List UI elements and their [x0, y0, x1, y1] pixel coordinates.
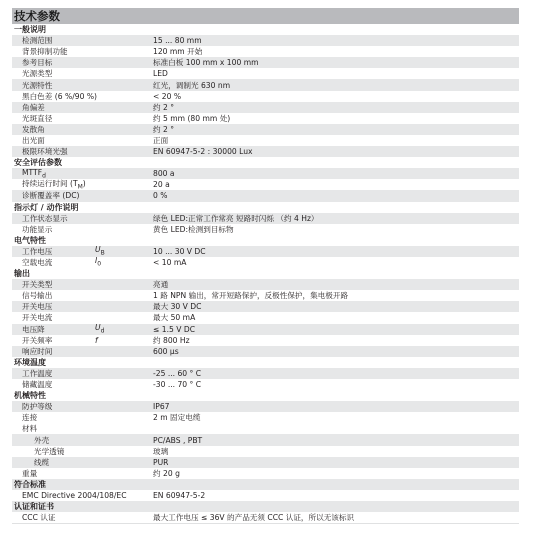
- spec-label: 空载电流: [22, 257, 52, 268]
- spec-value: < 20 %: [153, 91, 181, 102]
- spec-value: 20 a: [153, 179, 170, 190]
- spec-label: 电压降: [22, 324, 45, 335]
- spec-label: 诊断覆盖率 (DC): [22, 190, 79, 201]
- spec-label: 黑白色差 (6 %/90 %): [22, 91, 97, 102]
- spec-row: 持续运行时间 (TM)20 a: [12, 179, 519, 190]
- spec-row: 光斑直径约 5 mm (80 mm 处): [12, 113, 519, 124]
- spec-label: 光斑直径: [22, 113, 52, 124]
- spec-value: < 10 mA: [153, 257, 186, 268]
- spec-label-text: CCC 认证: [22, 513, 56, 522]
- spec-row: 响应时间600 µs: [12, 346, 519, 357]
- spec-label: 材料: [22, 423, 37, 434]
- spec-value: 红光，调制光 630 nm: [153, 80, 230, 91]
- spec-label-text: MTTF: [22, 168, 42, 177]
- spec-value: 最大 50 mA: [153, 312, 195, 323]
- section-header: 输出: [12, 268, 519, 279]
- spec-label: 工作状态显示: [22, 213, 68, 224]
- spec-label-text: 检测范围: [22, 36, 52, 45]
- spec-row: 空载电流I0< 10 mA: [12, 257, 519, 268]
- spec-label-text: 工作电压: [22, 247, 52, 256]
- spec-value: 120 mm 开始: [153, 46, 202, 57]
- spec-row: 开关频率f约 800 Hz: [12, 335, 519, 346]
- spec-label-text: 工作状态显示: [22, 214, 68, 223]
- spec-value: -30 ... 70 ° C: [153, 379, 201, 390]
- spec-value: ≤ 1.5 V DC: [153, 324, 195, 335]
- spec-value: 正面: [153, 135, 168, 146]
- spec-label: 功能显示: [22, 224, 52, 235]
- spec-label-text: 黑白色差 (6 %/90 %): [22, 92, 97, 101]
- spec-value: 800 a: [153, 168, 175, 179]
- spec-label-text: 线缆: [34, 458, 49, 467]
- spec-rows: 一般说明检测范围15 ... 80 mm背景抑制功能120 mm 开始参考目标标…: [12, 24, 519, 524]
- spec-row: 连接2 m 固定电缆: [12, 412, 519, 423]
- spec-symbol-text: f: [95, 336, 98, 345]
- section-header: 环境温度: [12, 357, 519, 368]
- spec-value: -25 ... 60 ° C: [153, 368, 201, 379]
- spec-label: 开关电流: [22, 312, 52, 323]
- spec-row: 诊断覆盖率 (DC)0 %: [12, 190, 519, 201]
- spec-value: 约 20 g: [153, 468, 180, 479]
- spec-label-text: 诊断覆盖率 (DC): [22, 191, 79, 200]
- spec-row: 检测范围15 ... 80 mm: [12, 35, 519, 46]
- spec-label: 极限环境光强: [22, 146, 68, 157]
- spec-value: 亮通: [153, 279, 168, 290]
- spec-label: 光源类型: [22, 68, 52, 79]
- spec-label: 连接: [22, 412, 37, 423]
- spec-value: EN 60947-5-2 : 30000 Lux: [153, 146, 253, 157]
- spec-row: 光源类型LED: [12, 68, 519, 79]
- spec-label-text: 信号输出: [22, 291, 52, 300]
- spec-row: 角偏差约 2 °: [12, 102, 519, 113]
- table-title: 技术参数: [12, 8, 519, 24]
- spec-label: EMC Directive 2004/108/EC: [22, 490, 127, 501]
- spec-subrow: 线缆PUR: [12, 457, 519, 468]
- spec-label-text: 角偏差: [22, 103, 45, 112]
- spec-row: 黑白色差 (6 %/90 %)< 20 %: [12, 91, 519, 102]
- spec-label: 开关电压: [22, 301, 52, 312]
- spec-symbol-subscript: d: [101, 327, 105, 334]
- spec-value: 约 2 °: [153, 124, 174, 135]
- spec-row: EMC Directive 2004/108/ECEN 60947-5-2: [12, 490, 519, 501]
- spec-label-text: 储藏温度: [22, 380, 52, 389]
- spec-label-text: 光斑直径: [22, 114, 52, 123]
- spec-value: 黄色 LED:检测到目标物: [153, 224, 234, 235]
- spec-label-text: 防护等级: [22, 402, 52, 411]
- spec-row: 光源特性红光，调制光 630 nm: [12, 79, 519, 90]
- spec-row: 工作温度-25 ... 60 ° C: [12, 368, 519, 379]
- spec-row: 开关电流最大 50 mA: [12, 312, 519, 323]
- spec-label-text: 空载电流: [22, 258, 52, 267]
- spec-row: 背景抑制功能120 mm 开始: [12, 46, 519, 57]
- spec-value: PUR: [153, 457, 168, 468]
- section-header: 电气特性: [12, 235, 519, 246]
- spec-label-suffix: ): [83, 179, 86, 188]
- spec-label: 储藏温度: [22, 379, 52, 390]
- spec-symbol: f: [95, 335, 98, 346]
- spec-row: 出光面正面: [12, 135, 519, 146]
- spec-value: 最大工作电压 ≤ 36V 的产品无须 CCC 认证，所以无该标识: [153, 512, 354, 523]
- spec-value: 2 m 固定电缆: [153, 412, 200, 423]
- section-header: 认证和证书: [12, 501, 519, 512]
- spec-label-text: 连接: [22, 413, 37, 422]
- spec-label-text: 参考目标: [22, 58, 52, 67]
- spec-label-text: 开关类型: [22, 280, 52, 289]
- spec-value: 1 路 NPN 输出，常开短路保护，反极性保护，集电极开路: [153, 290, 348, 301]
- section-header: 一般说明: [12, 24, 519, 35]
- spec-label-text: 工作温度: [22, 369, 52, 378]
- spec-label-text: 光学透镜: [34, 447, 64, 456]
- spec-label: 开关类型: [22, 279, 52, 290]
- spec-label-text: 光源特性: [22, 81, 52, 90]
- spec-row: 极限环境光强EN 60947-5-2 : 30000 Lux: [12, 146, 519, 157]
- section-header: 机械特性: [12, 390, 519, 401]
- spec-label-text: 电压降: [22, 325, 45, 334]
- spec-row: 开关类型亮通: [12, 279, 519, 290]
- spec-label: 开关频率: [22, 335, 52, 346]
- spec-label-text: 外壳: [34, 436, 49, 445]
- spec-label-text: 光源类型: [22, 69, 52, 78]
- spec-row: 电压降Ud≤ 1.5 V DC: [12, 324, 519, 335]
- spec-label: 响应时间: [22, 346, 52, 357]
- spec-label-text: 响应时间: [22, 347, 52, 356]
- spec-symbol-subscript: 0: [97, 261, 101, 268]
- spec-label-text: 出光面: [22, 136, 45, 145]
- spec-value: 约 800 Hz: [153, 335, 190, 346]
- spec-row: 参考目标标准白板 100 mm x 100 mm: [12, 57, 519, 68]
- spec-label: 线缆: [34, 457, 49, 468]
- spec-value: 10 ... 30 V DC: [153, 246, 206, 257]
- spec-row: 功能显示黄色 LED:检测到目标物: [12, 224, 519, 235]
- spec-label: 信号输出: [22, 290, 52, 301]
- spec-subrow: 外壳PC/ABS , PBT: [12, 434, 519, 445]
- section-header: 安全评估参数: [12, 157, 519, 168]
- spec-row: CCC 认证最大工作电压 ≤ 36V 的产品无须 CCC 认证，所以无该标识: [12, 512, 519, 524]
- spec-label: 背景抑制功能: [22, 46, 68, 57]
- spec-label: 角偏差: [22, 102, 45, 113]
- spec-value: 0 %: [153, 190, 167, 201]
- spec-row: MTTFd800 a: [12, 168, 519, 179]
- spec-row: 材料: [12, 423, 519, 434]
- spec-label: 防护等级: [22, 401, 52, 412]
- spec-row: 重量约 20 g: [12, 468, 519, 479]
- spec-label: 光学透镜: [34, 446, 64, 457]
- spec-label: 外壳: [34, 435, 49, 446]
- spec-value: 标准白板 100 mm x 100 mm: [153, 57, 259, 68]
- spec-row: 防护等级IP67: [12, 401, 519, 412]
- spec-label-text: 开关电压: [22, 302, 52, 311]
- spec-label-text: 功能显示: [22, 225, 52, 234]
- spec-label: 光源特性: [22, 80, 52, 91]
- spec-symbol-subscript: B: [101, 250, 105, 257]
- spec-value: 600 µs: [153, 346, 179, 357]
- spec-row: 工作状态显示绿色 LED:正常工作常亮 短路时闪烁 （约 4 Hz）: [12, 213, 519, 224]
- spec-value: 约 2 °: [153, 102, 174, 113]
- spec-value: 玻璃: [153, 446, 168, 457]
- spec-value: EN 60947-5-2: [153, 490, 205, 501]
- spec-value: 最大 30 V DC: [153, 301, 201, 312]
- tech-spec-table: 技术参数 一般说明检测范围15 ... 80 mm背景抑制功能120 mm 开始…: [12, 8, 519, 524]
- spec-label-text: 背景抑制功能: [22, 47, 68, 56]
- spec-value: IP67: [153, 401, 169, 412]
- spec-row: 信号输出1 路 NPN 输出，常开短路保护，反极性保护，集电极开路: [12, 290, 519, 301]
- spec-label-text: 重量: [22, 469, 37, 478]
- spec-label-text: 极限环境光强: [22, 147, 68, 156]
- spec-label-text: 材料: [22, 424, 37, 433]
- spec-label: 出光面: [22, 135, 45, 146]
- spec-value: 约 5 mm (80 mm 处): [153, 113, 230, 124]
- spec-label: 重量: [22, 468, 37, 479]
- spec-row: 工作电压UB10 ... 30 V DC: [12, 246, 519, 257]
- spec-label: CCC 认证: [22, 512, 56, 523]
- spec-label: 发散角: [22, 124, 45, 135]
- spec-label-text: 发散角: [22, 125, 45, 134]
- spec-label-text: 持续运行时间 (T: [22, 179, 78, 188]
- spec-label: 检测范围: [22, 35, 52, 46]
- spec-label: 参考目标: [22, 57, 52, 68]
- spec-row: 储藏温度-30 ... 70 ° C: [12, 379, 519, 390]
- spec-label-text: 开关电流: [22, 313, 52, 322]
- spec-value: 绿色 LED:正常工作常亮 短路时闪烁 （约 4 Hz）: [153, 213, 319, 224]
- spec-value: LED: [153, 68, 168, 79]
- spec-label-text: 开关频率: [22, 336, 52, 345]
- spec-label: 工作电压: [22, 246, 52, 257]
- spec-value: 15 ... 80 mm: [153, 35, 202, 46]
- spec-subrow: 光学透镜玻璃: [12, 446, 519, 457]
- spec-row: 发散角约 2 °: [12, 124, 519, 135]
- section-header: 指示灯 / 动作说明: [12, 202, 519, 213]
- section-header: 符合标准: [12, 479, 519, 490]
- spec-value: PC/ABS , PBT: [153, 435, 202, 446]
- spec-label: 工作温度: [22, 368, 52, 379]
- spec-label-text: EMC Directive 2004/108/EC: [22, 491, 127, 500]
- spec-row: 开关电压最大 30 V DC: [12, 301, 519, 312]
